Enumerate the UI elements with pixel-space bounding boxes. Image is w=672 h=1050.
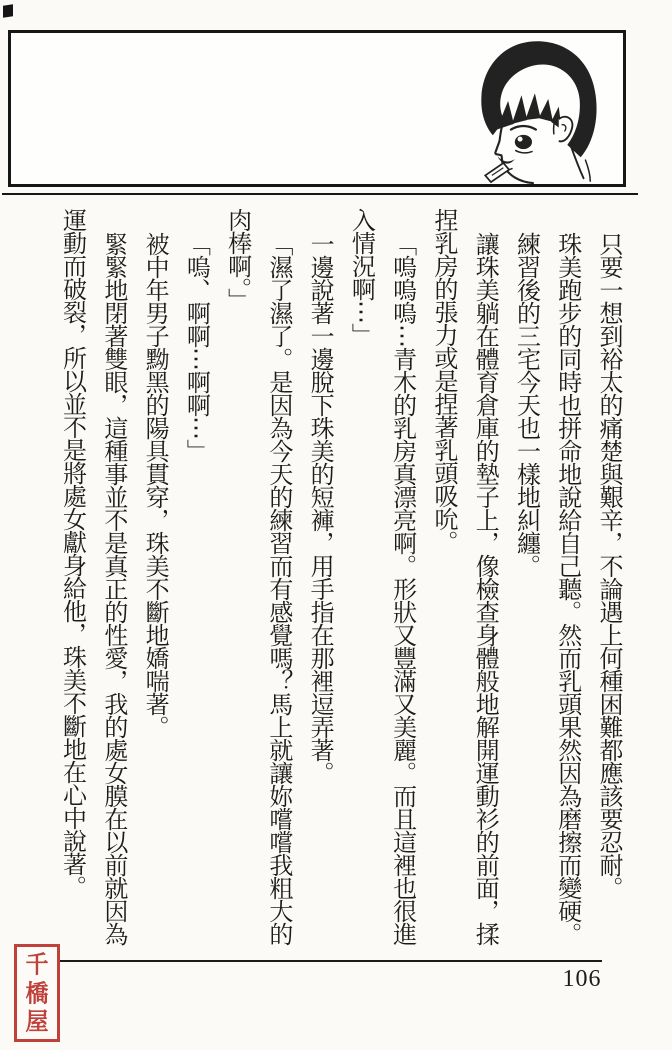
text-column-3: 練習後的三宅今天也一樣地糾纏。 — [504, 208, 545, 960]
text-column-1: 只要一想到裕太的痛楚與艱辛，不論遇上何種困難都應該要忍耐。 — [587, 208, 628, 960]
text-column-13: 緊緊地閉著雙眼，這種事並不是真正的性愛，我的處女膜在以前就因為 — [92, 208, 133, 960]
hair-shape — [481, 41, 596, 157]
text-column-11: 「嗚、啊啊⋯啊啊⋯」 — [174, 208, 215, 960]
footer-rule — [18, 960, 602, 962]
eyebrow — [511, 126, 536, 130]
page-number: 106 — [550, 966, 614, 993]
text-column-5: 捏乳房的張力或是捏著乳頭吸吮。 — [422, 208, 463, 960]
corner-registration-mark — [3, 4, 13, 17]
text-column-9: 「濕了濕了。是因為今天的練習而有感覺嗎？馬上就讓妳嚐嚐我粗大的 — [257, 208, 298, 960]
illustration-panel — [8, 30, 626, 187]
text-column-4: 讓珠美躺在體育倉庫的墊子上，像檢查身體般地解開運動衫的前面，揉 — [463, 208, 504, 960]
seal-character: 屋 — [26, 1010, 49, 1034]
text-column-2: 珠美跑步的同時也拼命地說給自己聽。然而乳頭果然因為磨擦而變硬。 — [545, 208, 586, 960]
text-column-7: 入情況啊⋯」 — [339, 208, 380, 960]
character-face-illustration — [457, 36, 607, 184]
panel-underline — [2, 193, 638, 195]
eye — [515, 135, 532, 149]
seal-character: 橋 — [26, 981, 49, 1005]
mouth — [498, 156, 515, 163]
text-column-6: 「嗚嗚嗚⋯青木的乳房真漂亮啊。形狀又豐滿又美麗。而且這裡也很進 — [380, 208, 421, 960]
vertical-text-block: 只要一想到裕太的痛楚與艱辛，不論遇上何種困難都應該要忍耐。 珠美跑步的同時也拼命… — [50, 208, 628, 960]
publisher-seal: 千 橋 屋 — [14, 944, 60, 1042]
text-column-8: 一邊說著一邊脫下珠美的短褲，用手指在那裡逗弄著。 — [298, 208, 339, 960]
text-column-14: 運動而破裂，所以並不是將處女獻身給他，珠美不斷地在心中說著。 — [50, 208, 91, 960]
text-column-12: 被中年男子黝黑的陽具貫穿，珠美不斷地嬌喘著。 — [133, 208, 174, 960]
manga-text-page: 只要一想到裕太的痛楚與艱辛，不論遇上何種困難都應該要忍耐。 珠美跑步的同時也拼命… — [0, 0, 672, 1050]
text-column-10: 肉棒啊。」 — [215, 208, 256, 960]
seal-character: 千 — [26, 952, 49, 976]
